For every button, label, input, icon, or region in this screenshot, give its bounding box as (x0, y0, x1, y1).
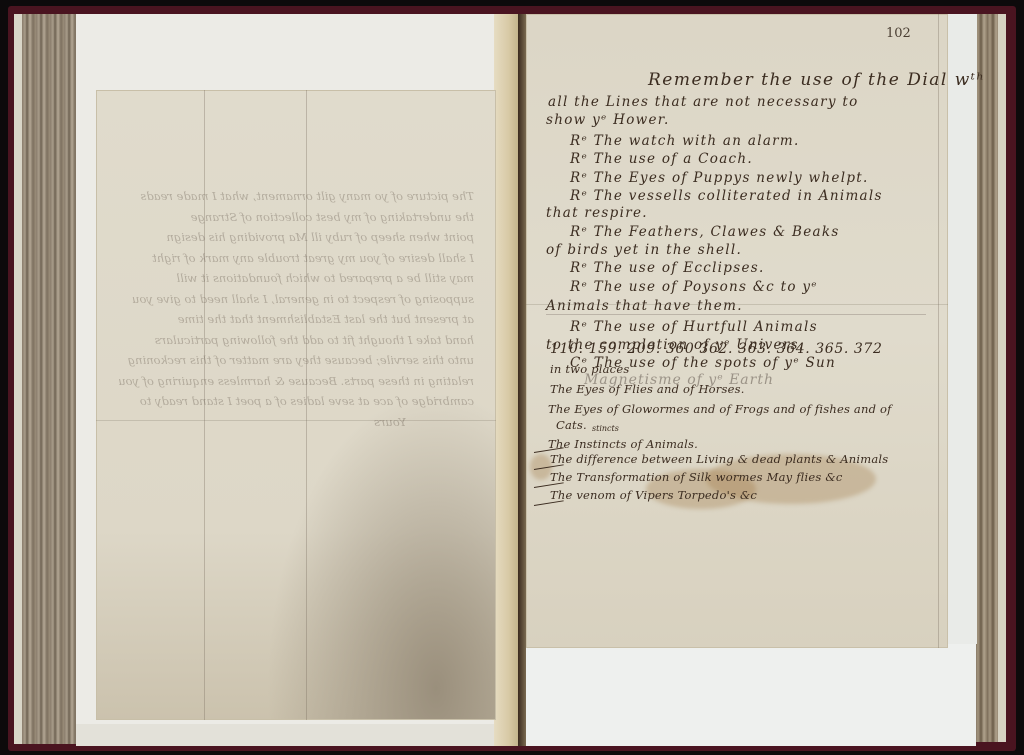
note-item-continuation: Cats. (556, 418, 587, 432)
bleed-line: Yours (114, 412, 474, 433)
item-text: The Eyes of Puppys newly whelpt. (594, 170, 869, 186)
item-prefix: Rᵉ (570, 170, 588, 186)
remember-item: Rᵉ The use of Ecclipses. (570, 260, 765, 276)
note-item: The Eyes of Glowormes and of Frogs and o… (548, 402, 892, 416)
item-text: The vessells colliterated in Animals (594, 188, 883, 204)
item-text: The use of a Coach. (594, 151, 753, 167)
folio-number: 102 (886, 26, 911, 41)
item-text: The use of the spots of yᵉ Sun (594, 355, 836, 371)
remember-item: Rᵉ The watch with an alarm. (570, 133, 800, 149)
item-text: The Feathers, Clawes & Beaks (594, 224, 840, 240)
note-item: The Eyes of Flies and of Horses. (550, 382, 745, 396)
remember-item: Rᵉ The Feathers, Clawes & Beaks (570, 224, 840, 240)
bleed-line: cambridge of ace at seve ladies of a poe… (114, 391, 474, 412)
item-prefix: Rᵉ (570, 188, 588, 204)
bleed-line: the undertaking of my best collection of… (114, 207, 474, 228)
gutter-guard (494, 14, 518, 746)
references-note: in two places (550, 362, 629, 376)
item-prefix: Rᵉ (570, 133, 588, 149)
item-prefix: Rᵉ (570, 260, 588, 276)
remember-item-continuation: Animals that have them. (546, 298, 743, 314)
heading-line-3: show yᵉ Hower. (546, 112, 670, 128)
right-board-edge (998, 14, 1006, 742)
left-page-block-edge (22, 14, 76, 744)
note-item: The Transformation of Silk wormes May fl… (550, 470, 842, 484)
item-prefix: Rᵉ (570, 319, 588, 335)
page-references: 110. 159. 209. 360 362. 363. 364. 365. 3… (550, 341, 882, 357)
remember-item-continuation: of birds yet in the shell. (546, 242, 742, 258)
bleed-line: hand take I thought fit to add the follo… (114, 330, 474, 351)
remember-item: Rᵉ The use of a Coach. (570, 151, 753, 167)
heading-line-2: all the Lines that are not necessary to (548, 94, 859, 110)
left-mount-leaf-lower (76, 724, 502, 746)
bleed-line: at present but the last Establishment th… (114, 309, 474, 330)
margin-tick (534, 500, 564, 506)
item-prefix: Rᵉ (570, 224, 588, 240)
remember-item: Rᵉ The vessells colliterated in Animals (570, 188, 883, 204)
heading-line-1: Remember the use of the Dial wᵗʰ (648, 70, 985, 90)
bleed-line: point when sheep of ruby ill Ma providin… (114, 227, 474, 248)
bleed-line: may still be a prepared to which foundat… (114, 268, 474, 289)
remember-item: Rᵉ The Eyes of Puppys newly whelpt. (570, 170, 869, 186)
pencil-rule (546, 314, 926, 315)
remember-item-continuation: that respire. (546, 205, 648, 221)
gutter-shadow (518, 14, 526, 746)
item-text: The use of Ecclipses. (594, 260, 765, 276)
remember-item: Rᵉ The use of Hurtfull Animals (570, 319, 818, 335)
bleed-line: relating in these parts. Because & harml… (114, 371, 474, 392)
bleed-line: supposing of respect to in general, I sh… (114, 289, 474, 310)
bleed-line: The picture of yo many gilt ornament, wh… (114, 186, 474, 207)
item-text: The use of Hurtfull Animals (594, 319, 818, 335)
fold-line (938, 14, 939, 648)
inserted-word: stincts (592, 424, 619, 433)
note-item: The Instincts of Animals. (548, 437, 698, 451)
bleed-line: unto this servile; because they are matt… (114, 350, 474, 371)
note-item: The venom of Vipers Torpedo's &c (550, 488, 757, 502)
item-prefix: Rᵉ (570, 279, 588, 295)
item-prefix: Rᵉ (570, 151, 588, 167)
right-mount-leaf-edge (945, 14, 977, 644)
bleed-line: I shall desire of you my great trouble a… (114, 248, 474, 269)
right-manuscript-page: 102 Remember the use of the Dial wᵗʰ all… (526, 14, 948, 648)
note-item: The difference between Living & dead pla… (550, 452, 888, 466)
remember-item: Rᵉ The use of Poysons &c to yᵉ (570, 279, 818, 295)
item-text: The watch with an alarm. (594, 133, 800, 149)
left-manuscript-page: The picture of yo many gilt ornament, wh… (96, 90, 496, 720)
item-text: The use of Poysons &c to yᵉ (594, 279, 818, 295)
bleed-through-text: The picture of yo many gilt ornament, wh… (114, 186, 474, 432)
